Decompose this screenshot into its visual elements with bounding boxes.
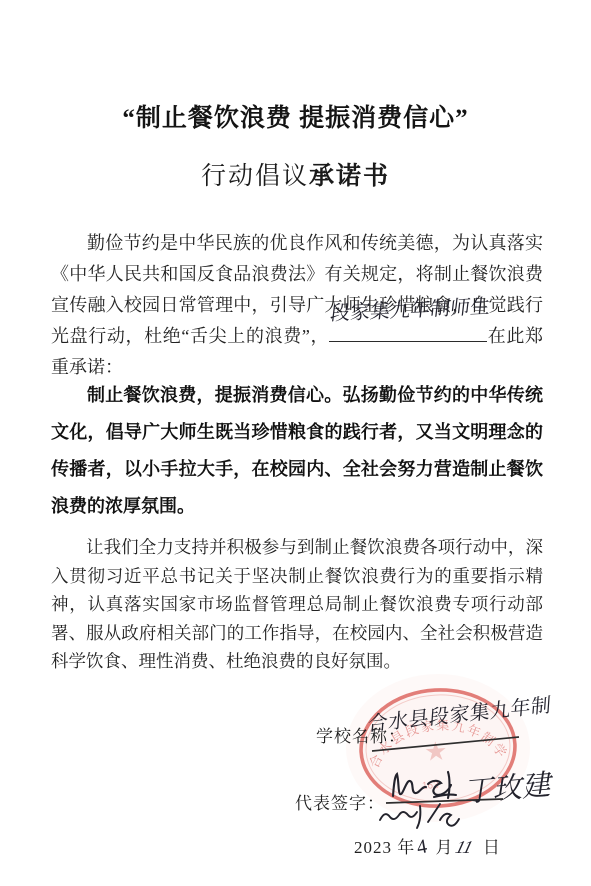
- document-title: “制止餐饮浪费 提振消费信心”: [0, 98, 591, 134]
- seal-star-icon: ★: [423, 737, 448, 767]
- subtitle-regular-part: 行动倡议: [201, 163, 309, 190]
- subtitle-bold-part: 承诺书: [309, 163, 390, 190]
- representative-signature-label: 代表签字：: [295, 789, 385, 814]
- scanned-pledge-document: “制止餐饮浪费 提振消费信心” 行动倡议承诺书 勤俭节约是中华民族的优良作风和传…: [0, 0, 591, 886]
- paragraph-opening: 勤俭节约是中华民族的优良作风和传统美德，为认真落实《中华人民共和国反食品浪费法》…: [51, 228, 543, 383]
- fill-in-blank-underline: 段家集九年制师生: [329, 323, 487, 342]
- handwritten-signature-right: 丁玫建: [463, 762, 556, 811]
- document-subtitle: 行动倡议承诺书: [0, 156, 591, 192]
- paragraph-commitment: 让我们全力支持并积极参与到制止餐饮浪费各项行动中，深入贯彻习近平总书记关于坚决制…: [51, 533, 543, 676]
- paragraph-pledge-bold: 制止餐饮浪费，提振消费信心。弘扬勤俭节约的中华传统文化，倡导广大师生既当珍惜粮食…: [51, 377, 543, 525]
